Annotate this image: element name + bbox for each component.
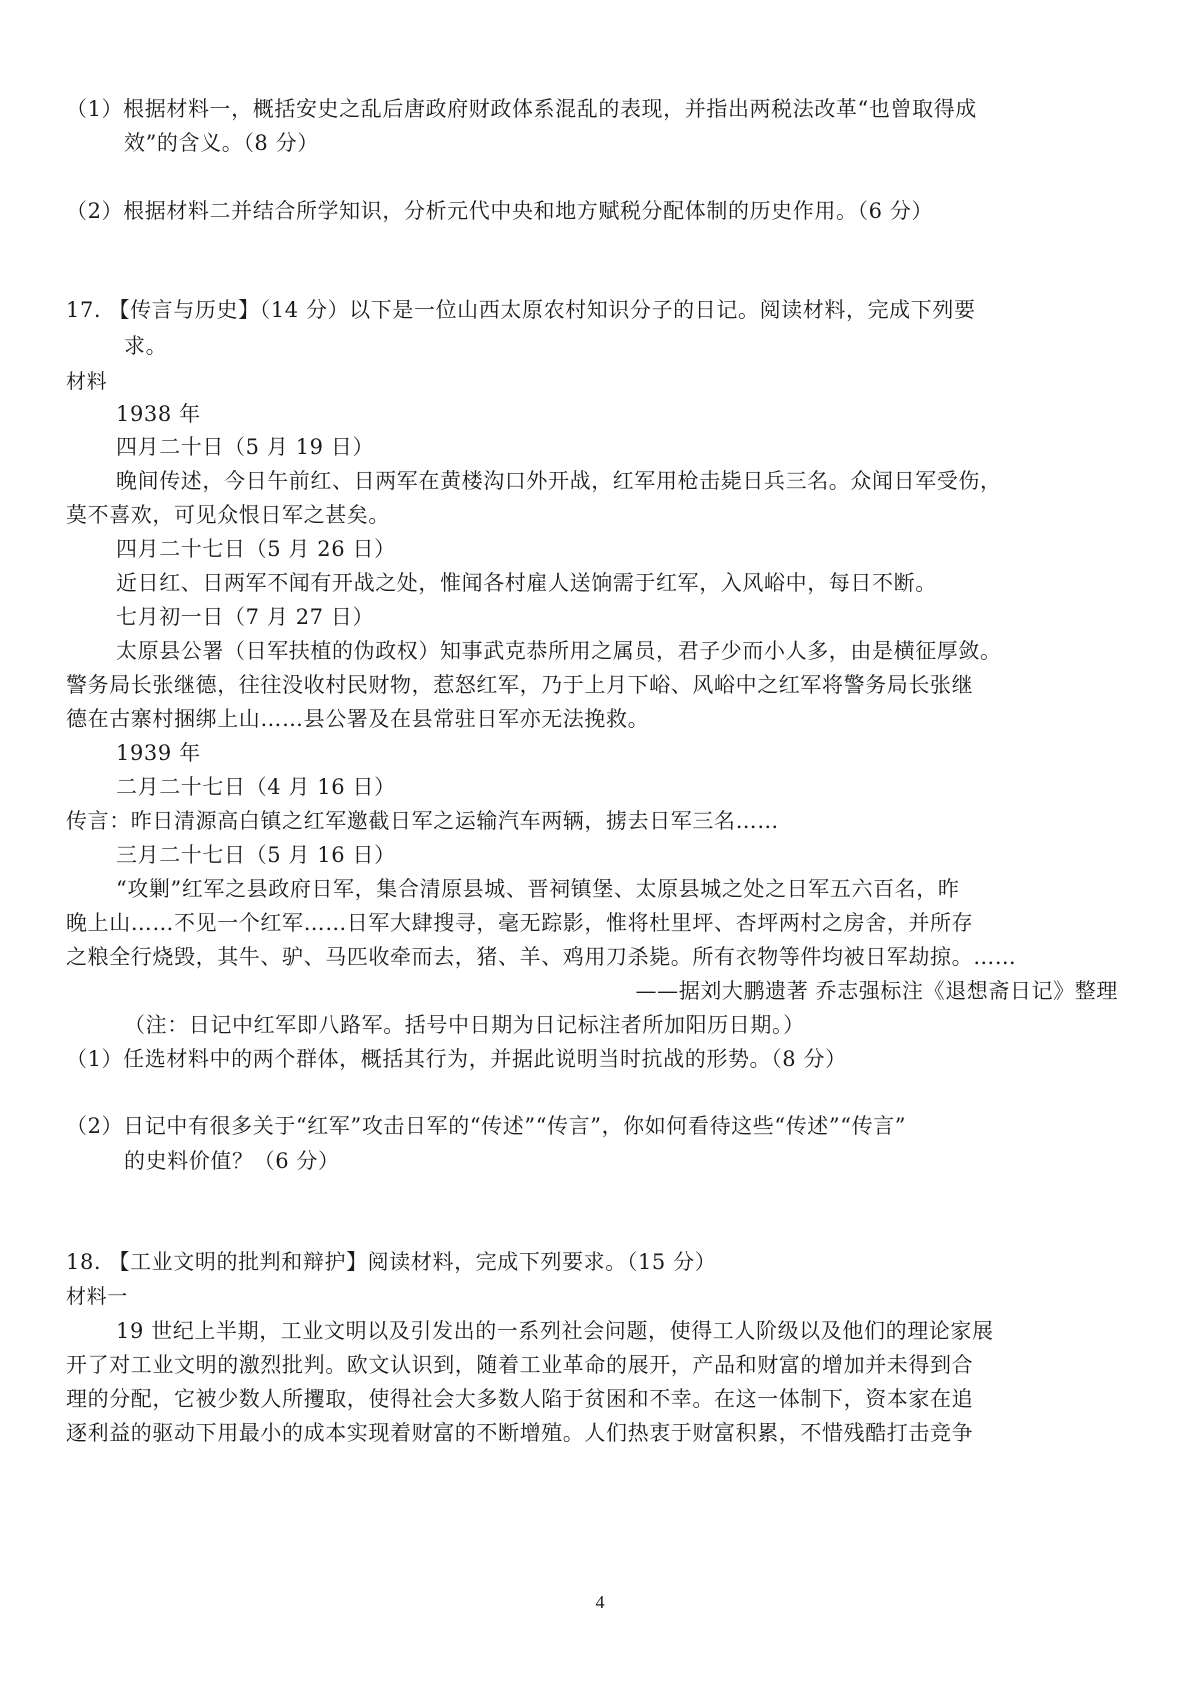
q17-entry3-date: 七月初一日（7 月 27 日） [116,602,1176,632]
exam-page: （1）根据材料一，概括安史之乱后唐政府财政体系混乱的表现，并指出两税法改革“也曾… [0,0,1200,1695]
q18-para-line3: 理的分配，它被少数人所攫取，使得社会大多数人陷于贫困和不幸。在这一体制下，资本家… [66,1384,1126,1414]
q17-entry5-line1: “攻剿”红军之县政府日军，集合清原县城、晋祠镇堡、太原县城之处之日军五六百名，昨 [116,874,1176,904]
q17-entry2-date: 四月二十七日（5 月 26 日） [116,534,1176,564]
q17-entry3-line3: 德在古寨村捆绑上山……县公署及在县常驻日军亦无法挽救。 [66,704,1126,734]
q17-entry5-line2: 晚上山……不见一个红军……日军大肆搜寻，毫无踪影，惟将杜里坪、杏坪两村之房舍，并… [66,908,1126,938]
q17-entry1-line2: 莫不喜欢，可见众恨日军之甚矣。 [66,500,1126,530]
q17-entry4-line1: 传言：昨日清源高白镇之红军邀截日军之运输汽车两辆，掳去日军三名…… [66,806,1126,836]
q18-material-label: 材料一 [66,1281,1126,1311]
q17-entry1-date: 四月二十日（5 月 19 日） [116,432,1176,462]
q17-material-label: 材料 [66,366,1126,396]
q17-sub1: （1）任选材料中的两个群体，概括其行为，并据此说明当时抗战的形势。（8 分） [66,1044,1126,1074]
q16-sub1-line2: 效”的含义。（8 分） [124,128,1184,158]
q17-note: （注：日记中红军即八路军。括号中日期为日记标注者所加阳历日期。） [124,1010,1184,1040]
q18-para-line1: 19 世纪上半期，工业文明以及引发出的一系列社会问题，使得工人阶级以及他们的理论… [116,1316,1176,1346]
q16-sub2: （2）根据材料二并结合所学知识，分析元代中央和地方赋税分配体制的历史作用。（6 … [66,196,1126,226]
q18-title: 18. 【工业文明的批判和辩护】阅读材料，完成下列要求。（15 分） [66,1247,1126,1277]
q16-sub1-line1: （1）根据材料一，概括安史之乱后唐政府财政体系混乱的表现，并指出两税法改革“也曾… [66,94,1126,124]
q18-para-line4: 逐利益的驱动下用最小的成本实现着财富的不断增殖。人们热衷于财富积累，不惜残酷打击… [66,1418,1126,1448]
q17-entry3-line1: 太原县公署（日军扶植的伪政权）知事武克恭所用之属员，君子少而小人多，由是横征厚敛… [116,636,1176,666]
q17-year-1939: 1939 年 [116,738,1176,768]
page-number: 4 [0,1592,1200,1613]
q17-title-line2: 求。 [124,331,1184,361]
q17-sub2-line1: （2）日记中有很多关于“红军”攻击日军的“传述”“传言”，你如何看待这些“传述”… [66,1111,1126,1141]
q17-year-1938: 1938 年 [116,399,1176,429]
q17-source-citation: ——据刘大鹏遗著 乔志强标注《退想斋日记》整理 [636,976,1118,1006]
q18-para-line2: 开了对工业文明的激烈批判。欧文认识到，随着工业革命的展开，产品和财富的增加并未得… [66,1350,1126,1380]
q17-entry5-line3: 之粮全行烧毁，其牛、驴、马匹收牵而去，猪、羊、鸡用刀杀毙。所有衣物等件均被日军劫… [66,942,1126,972]
q17-title-line1: 17. 【传言与历史】（14 分）以下是一位山西太原农村知识分子的日记。阅读材料… [66,295,1126,325]
q17-entry1-line1: 晚间传述，今日午前红、日两军在黄楼沟口外开战，红军用枪击毙日兵三名。众闻日军受伤… [116,466,1176,496]
q17-entry4-date: 二月二十七日（4 月 16 日） [116,772,1176,802]
q17-entry5-date: 三月二十七日（5 月 16 日） [116,840,1176,870]
q17-sub2-line2: 的史料价值？（6 分） [124,1146,1184,1176]
q17-entry3-line2: 警务局长张继德，往往没收村民财物，惹怒红军，乃于上月下峪、风峪中之红军将警务局长… [66,670,1126,700]
q17-entry2-line1: 近日红、日两军不闻有开战之处，惟闻各村雇人送饷需于红军，入风峪中，每日不断。 [116,568,1176,598]
